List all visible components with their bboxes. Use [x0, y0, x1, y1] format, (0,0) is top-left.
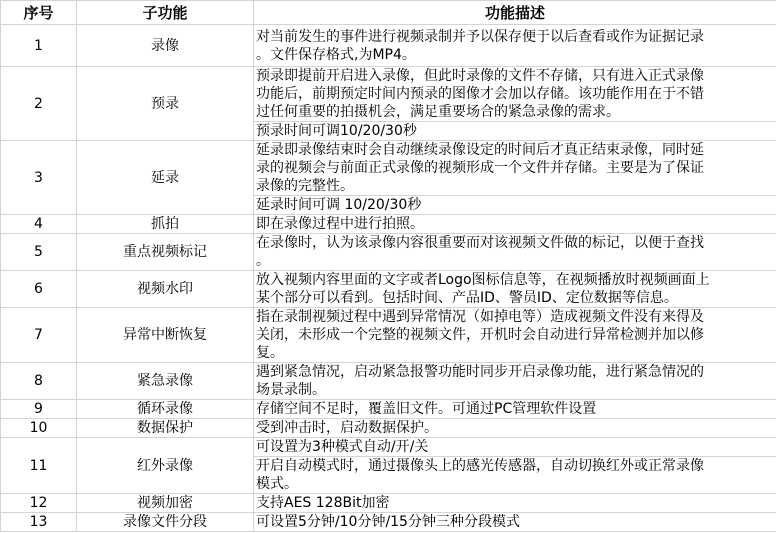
- row-feature: 重点视频标记: [77, 234, 254, 271]
- table-row: 12 视频加密 支持AES 128Bit加密: [1, 494, 776, 513]
- row-description: 预录时间可调10/20/30秒: [254, 122, 776, 141]
- row-description: 遇到紧急情况，启动紧急报警功能时同步开启录像功能，进行紧急情况的 场景录制。: [254, 363, 776, 400]
- row-description: 对当前发生的事件进行视频录制并予以保存便于以后查看或作为证据记录 。文件保存格式…: [254, 25, 776, 67]
- row-no: 11: [1, 438, 77, 494]
- row-no: 4: [1, 215, 77, 234]
- row-description: 指在录制视频过程中遇到异常情况（如掉电等）造成视频文件没有来得及 关闭，未形成一…: [254, 308, 776, 363]
- table-row: 13 录像文件分段 可设置5分钟/10分钟/15分钟三种分段模式: [1, 513, 776, 532]
- table-row: 1 录像 对当前发生的事件进行视频录制并予以保存便于以后查看或作为证据记录 。文…: [1, 25, 776, 67]
- table-row: 8 紧急录像 遇到紧急情况，启动紧急报警功能时同步开启录像功能，进行紧急情况的 …: [1, 363, 776, 400]
- column-header-description: 功能描述: [254, 1, 776, 25]
- row-description: 可设置5分钟/10分钟/15分钟三种分段模式: [254, 513, 776, 532]
- row-feature: 录像: [77, 25, 254, 67]
- row-description: 预录即提前开启进入录像，但此时录像的文件不存储，只有进入正式录像 功能后，前期预…: [254, 67, 776, 122]
- table-row: 6 视频水印 放入视频内容里面的文字或者Logo图标信息等，在视频播放时视频画面…: [1, 271, 776, 308]
- row-description: 延录时间可调 10/20/30秒: [254, 196, 776, 215]
- table-row: 2 预录 预录即提前开启进入录像，但此时录像的文件不存储，只有进入正式录像 功能…: [1, 67, 776, 122]
- row-feature: 红外录像: [77, 438, 254, 494]
- row-no: 1: [1, 25, 77, 67]
- row-no: 5: [1, 234, 77, 271]
- row-feature: 紧急录像: [77, 363, 254, 400]
- row-description: 可设置为3种模式自动/开/关: [254, 438, 776, 457]
- row-no: 7: [1, 308, 77, 363]
- page: 序号 子功能 功能描述 1 录像 对当前发生的事件进行视频录制并予以保存便于以后…: [0, 0, 776, 532]
- row-description: 受到冲击时，启动数据保护。: [254, 419, 776, 438]
- row-description: 延录即录像结束时会自动继续录像设定的时间后才真正结束录像，同时延 录的视频会与前…: [254, 141, 776, 196]
- row-description: 即在录像过程中进行拍照。: [254, 215, 776, 234]
- row-no: 12: [1, 494, 77, 513]
- row-description: 支持AES 128Bit加密: [254, 494, 776, 513]
- row-description: 在录像时，认为该录像内容很重要而对该视频文件做的标记，以便于查找 。: [254, 234, 776, 271]
- header-row: 序号 子功能 功能描述: [1, 1, 776, 25]
- column-header-no: 序号: [1, 1, 77, 25]
- row-description: 放入视频内容里面的文字或者Logo图标信息等，在视频播放时视频画面上 某个部分可…: [254, 271, 776, 308]
- row-feature: 抓拍: [77, 215, 254, 234]
- row-description: 存储空间不足时，覆盖旧文件。可通过PC管理软件设置: [254, 400, 776, 419]
- row-feature: 异常中断恢复: [77, 308, 254, 363]
- row-no: 6: [1, 271, 77, 308]
- row-no: 10: [1, 419, 77, 438]
- table-row: 5 重点视频标记 在录像时，认为该录像内容很重要而对该视频文件做的标记，以便于查…: [1, 234, 776, 271]
- table-row: 10 数据保护 受到冲击时，启动数据保护。: [1, 419, 776, 438]
- row-no: 8: [1, 363, 77, 400]
- row-feature: 循环录像: [77, 400, 254, 419]
- row-feature: 录像文件分段: [77, 513, 254, 532]
- column-header-subfunction: 子功能: [77, 1, 254, 25]
- row-no: 9: [1, 400, 77, 419]
- row-no: 3: [1, 141, 77, 215]
- row-feature: 数据保护: [77, 419, 254, 438]
- row-description: 开启自动模式时，通过摄像头上的感光传感器，自动切换红外或正常录像 模式。: [254, 457, 776, 494]
- row-no: 2: [1, 67, 77, 141]
- table-row: 3 延录 延录即录像结束时会自动继续录像设定的时间后才真正结束录像，同时延 录的…: [1, 141, 776, 196]
- row-feature: 预录: [77, 67, 254, 141]
- table-row: 11 红外录像 可设置为3种模式自动/开/关: [1, 438, 776, 457]
- table-row: 9 循环录像 存储空间不足时，覆盖旧文件。可通过PC管理软件设置: [1, 400, 776, 419]
- row-no: 13: [1, 513, 77, 532]
- row-feature: 视频水印: [77, 271, 254, 308]
- feature-table: 序号 子功能 功能描述 1 录像 对当前发生的事件进行视频录制并予以保存便于以后…: [0, 0, 776, 532]
- row-feature: 视频加密: [77, 494, 254, 513]
- table-row: 7 异常中断恢复 指在录制视频过程中遇到异常情况（如掉电等）造成视频文件没有来得…: [1, 308, 776, 363]
- table-row: 4 抓拍 即在录像过程中进行拍照。: [1, 215, 776, 234]
- row-feature: 延录: [77, 141, 254, 215]
